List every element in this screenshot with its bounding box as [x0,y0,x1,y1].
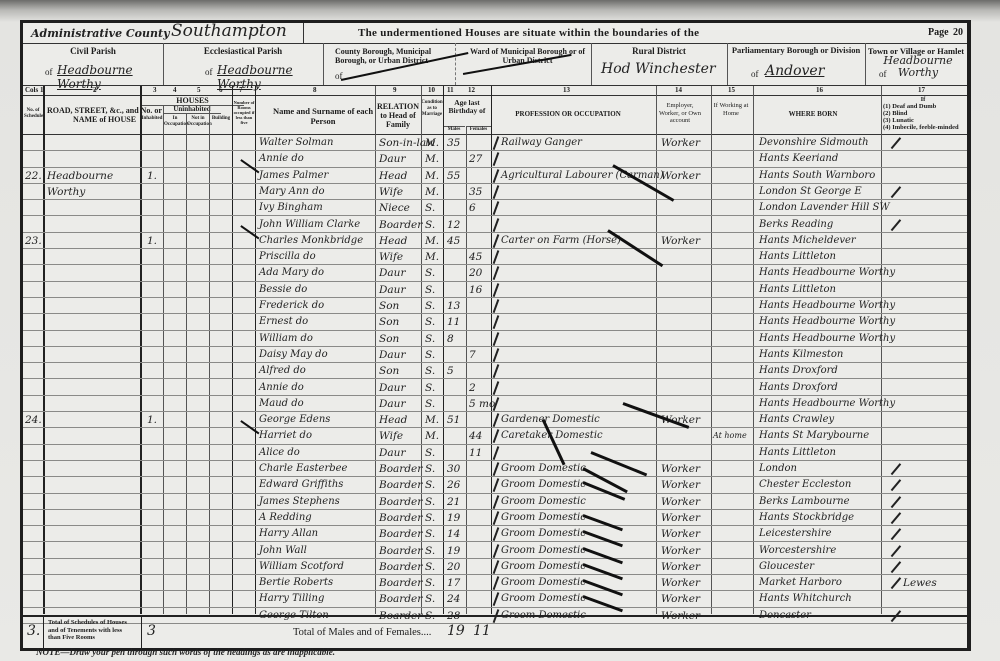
cell-male-age [447,380,465,396]
cell-name: Edward Griffiths [259,477,375,493]
cell-employment [661,380,709,396]
cell-inhabited [147,331,161,347]
table-row: 22.Headbourne1.James PalmerHeadM.55Agric… [23,168,967,184]
cell-relation: Daur [379,396,421,412]
cell-name: Harry Tilling [259,591,375,607]
table-row: Harriet doWifeM.44Caretaker DomesticAt h… [23,428,967,444]
cell-address [47,477,139,493]
col-num: 10 [428,86,435,95]
cell-male-age: 21 [447,494,465,510]
col-num: 7 [239,86,243,95]
cell-male-age: 51 [447,412,465,428]
rural-district-box: Rural District Hod Winchester [591,43,728,85]
cell-relation: Daur [379,380,421,396]
cell-infirmity [903,233,963,249]
cell-at-home [713,510,753,526]
cell-relation: Head [379,412,421,428]
cell-female-age [469,477,491,493]
table-row: James StephensBoarderS.21Groom DomesticW… [23,494,967,510]
cell-born: Hants Whitchurch [759,591,879,607]
cell-relation: Son-in-law [379,135,421,151]
cell-born: London [759,461,879,477]
cell-name: Bessie do [259,282,375,298]
cell-condition: S. [425,380,443,396]
cell-inhabited [147,575,161,591]
cell-at-home [713,526,753,542]
cell-occupation [501,265,655,281]
cell-name: Alfred do [259,363,375,379]
cell-relation: Son [379,331,421,347]
cell-occupation: Groom Domestic [501,494,655,510]
table-row: Annie doDaurS.2Hants Droxford [23,380,967,396]
cell-address [47,526,139,542]
cell-male-age: 5 [447,363,465,379]
cell-born: Hants Droxford [759,380,879,396]
cell-relation: Son [379,363,421,379]
table-row: Ernest doSonS.11Hants Headbourne Worthy [23,314,967,330]
cell-schedule [25,510,43,526]
col-num: 4 [173,86,177,95]
table-row: John William ClarkeBoarderS.12Berks Read… [23,217,967,233]
table-row: Frederick doSonS.13Hants Headbourne Wort… [23,298,967,314]
cell-occupation: Gardener Domestic [501,412,655,428]
table-row: 24.1.George EdensHeadM.51Gardener Domest… [23,412,967,428]
cell-schedule [25,249,43,265]
cell-schedule: 24. [25,412,43,428]
cell-address [47,347,139,363]
infirmity-option: (1) Deaf and Dumb [883,103,963,110]
col-num: 13 [563,86,570,95]
cell-condition: M. [425,249,443,265]
cell-name: Annie do [259,380,375,396]
cell-address [47,428,139,444]
tick-mark [493,185,499,199]
cell-name: Annie do [259,151,375,167]
col-num: 16 [816,86,823,95]
col-header-rooms: Number of Rooms occupied if less than fi… [233,100,255,125]
cell-relation: Boarder [379,217,421,233]
cell-infirmity [903,591,963,607]
tick-mark [493,560,499,574]
cell-female-age: 35 [469,184,491,200]
cell-inhabited [147,298,161,314]
cell-condition: M. [425,233,443,249]
cell-relation: Wife [379,184,421,200]
cell-occupation: Groom Domestic [501,526,655,542]
cell-at-home: At home [713,428,753,444]
cell-at-home [713,265,753,281]
tick-mark [493,315,499,329]
tick-mark [493,348,499,362]
parl-borough-label: Parliamentary Borough or Division [727,46,865,55]
cell-inhabited [147,461,161,477]
cell-at-home [713,151,753,167]
cell-born: Hants Headbourne Worthy [759,298,879,314]
cell-at-home [713,575,753,591]
column-header-row: No. of Schedule ROAD, STREET, &c., and N… [23,96,967,135]
cell-male-age [447,200,465,216]
col-header-condition: Condition as to Marriage [421,100,443,118]
cell-schedule [25,526,43,542]
table-row: Ivy BinghamNieceS.6London Lavender Hill … [23,200,967,216]
table-row: Charle EasterbeeBoarderS.30Groom Domesti… [23,461,967,477]
col-num: 15 [728,86,735,95]
cell-female-age [469,217,491,233]
cell-name: Charles Monkbridge [259,233,375,249]
cell-occupation [501,200,655,216]
table-row: Bessie doDaurS.16Hants Littleton [23,282,967,298]
tick-mark [493,381,499,395]
tick-mark [493,462,499,476]
cell-occupation [501,380,655,396]
col-num: 6 [219,86,223,95]
cell-relation: Wife [379,428,421,444]
cell-name: William do [259,331,375,347]
cell-at-home [713,543,753,559]
cell-occupation [501,445,655,461]
cell-schedule: 22. [25,168,43,184]
tick-mark [493,446,499,460]
tick-mark [493,544,499,558]
cell-born: Chester Eccleston [759,477,879,493]
cell-inhabited [147,363,161,379]
cell-schedule [25,200,43,216]
cell-female-age: 11 [469,445,491,461]
cell-name: John Wall [259,543,375,559]
cell-name: Bertie Roberts [259,575,375,591]
town-value: Headbourne Worthy [869,55,967,79]
column-number-row: Cols 1 2 3 4 5 6 7 8 9 10 11 12 13 14 15… [23,86,967,96]
cell-condition: S. [425,298,443,314]
cell-condition: S. [425,477,443,493]
cell-at-home [713,331,753,347]
table-row: William doSonS.8Hants Headbourne Worthy [23,331,967,347]
cell-employment [661,347,709,363]
cell-male-age [447,184,465,200]
cell-male-age [447,396,465,412]
cell-employment [661,217,709,233]
cell-born: Hants Kilmeston [759,347,879,363]
cell-inhabited [147,151,161,167]
cell-male-age: 14 [447,526,465,542]
cell-name: Priscilla do [259,249,375,265]
cell-relation: Boarder [379,477,421,493]
cell-inhabited [147,347,161,363]
cell-inhabited: 1. [147,168,161,184]
cell-infirmity [903,298,963,314]
cell-condition: S. [425,200,443,216]
cell-schedule: 23. [25,233,43,249]
cell-relation: Head [379,233,421,249]
table-row: WorthyMary Ann doWifeM.35London St Georg… [23,184,967,200]
cell-born: Hants Littleton [759,282,879,298]
parl-borough-value: Andover [765,63,824,79]
col-num: 11 [447,86,454,95]
cell-schedule [25,331,43,347]
cell-schedule [25,135,43,151]
region-header: Civil Parish of Headbourne Worthy Eccles… [23,43,967,86]
table-row: Annie doDaurM.27Hants Keeriand [23,151,967,167]
col-header-uninhabited: Uninhabited [163,105,221,114]
cell-condition: S. [425,265,443,281]
cell-schedule [25,477,43,493]
cell-male-age [447,445,465,461]
cell-name: Alice do [259,445,375,461]
cell-female-age [469,412,491,428]
col-num: 12 [468,86,475,95]
cell-inhabited [147,494,161,510]
cell-name: Daisy May do [259,347,375,363]
cell-born: Hants South Warnboro [759,168,879,184]
tick-mark [493,332,499,346]
cell-address [47,591,139,607]
table-row: Harry TillingBoarderS.24Groom DomesticWo… [23,591,967,607]
tick-mark [493,511,499,525]
cell-schedule [25,396,43,412]
cell-infirmity [903,412,963,428]
cell-condition: M. [425,412,443,428]
cell-male-age [447,282,465,298]
cell-born: Gloucester [759,559,879,575]
cell-employment: Worker [661,510,709,526]
eccl-parish-label: Ecclesiastical Parish [163,46,323,56]
cell-inhabited [147,380,161,396]
col-header-relation: RELATION to Head of Family [375,102,421,129]
col-header-females: Females [466,126,491,133]
eccl-parish-box: Ecclesiastical Parish of Headbourne Wort… [163,43,324,85]
cell-name: Ada Mary do [259,265,375,281]
cell-occupation: Groom Domestic [501,575,655,591]
tick-mark [493,267,499,281]
cell-at-home [713,347,753,363]
cell-address [47,233,139,249]
cell-employment [661,265,709,281]
cell-employment: Worker [661,559,709,575]
header-banner: The undermentioned Houses are situate wi… [358,27,699,39]
cell-occupation [501,363,655,379]
cell-schedule [25,151,43,167]
cell-name: Charle Easterbee [259,461,375,477]
cell-occupation: Caretaker Domestic [501,428,655,444]
cell-relation: Boarder [379,494,421,510]
tick-mark [493,527,499,541]
cell-schedule [25,363,43,379]
cell-inhabited [147,510,161,526]
tick-mark [493,299,499,313]
cell-infirmity [903,200,963,216]
cell-inhabited [147,591,161,607]
cell-address [47,200,139,216]
cell-schedule [25,184,43,200]
col-header-inhabited: Inhabited [141,116,163,122]
cell-born: London Lavender Hill SW [759,200,879,216]
cell-male-age: 11 [447,314,465,330]
cell-employment: Worker [661,461,709,477]
cell-employment [661,396,709,412]
cell-born: Hants Littleton [759,249,879,265]
cell-relation: Boarder [379,461,421,477]
table-row: Alfred doSonS.5Hants Droxford [23,363,967,379]
cell-inhabited [147,314,161,330]
tick-mark [493,250,499,264]
cell-infirmity [903,428,963,444]
cell-employment [661,363,709,379]
cell-infirmity [903,217,963,233]
cell-at-home [713,559,753,575]
cell-relation: Boarder [379,559,421,575]
cell-relation: Daur [379,347,421,363]
cell-name: Harry Allan [259,526,375,542]
males-total: 19 [447,623,465,639]
table-row: Daisy May doDaurS.7Hants Kilmeston [23,347,967,363]
cell-name: George Edens [259,412,375,428]
cell-address [47,380,139,396]
cell-employment: Worker [661,591,709,607]
col-num: 8 [313,86,317,95]
table-row: Edward GriffithsBoarderS.26Groom Domesti… [23,477,967,493]
cell-born: Hants Headbourne Worthy [759,314,879,330]
cell-schedule [25,282,43,298]
admin-county-value: Southampton [171,21,287,41]
cell-name: Ernest do [259,314,375,330]
cell-address [47,282,139,298]
cell-employment: Worker [661,477,709,493]
cell-male-age: 45 [447,233,465,249]
cell-inhabited: 1. [147,412,161,428]
cell-occupation [501,314,655,330]
cell-condition: M. [425,135,443,151]
cell-employment: Worker [661,233,709,249]
cell-schedule [25,428,43,444]
cell-infirmity [903,282,963,298]
cell-infirmity [903,265,963,281]
cell-condition: M. [425,184,443,200]
cell-born: Hants Headbourne Worthy [759,331,879,347]
cell-condition: S. [425,331,443,347]
cell-infirmity [903,331,963,347]
census-rows: Walter SolmanSon-in-lawM.35Railway Gange… [23,135,967,614]
cell-occupation [501,217,655,233]
cell-address [47,575,139,591]
admin-county-label: Administrative County [31,27,169,40]
cell-employment [661,282,709,298]
cell-schedule [25,445,43,461]
cell-male-age [447,347,465,363]
cell-infirmity [903,510,963,526]
cell-female-age [469,233,491,249]
cell-inhabited [147,249,161,265]
cell-female-age: 7 [469,347,491,363]
cell-male-age: 19 [447,543,465,559]
cell-infirmity [903,347,963,363]
cell-inhabited: 1. [147,233,161,249]
table-row: Ada Mary doDaurS.20Hants Headbourne Wort… [23,265,967,281]
page-number: 20 [953,27,963,38]
cell-female-age [469,135,491,151]
cell-born: Worcestershire [759,543,879,559]
cell-inhabited [147,265,161,281]
cell-schedule [25,559,43,575]
table-row: Bertie RobertsBoarderS.17Groom DomesticW… [23,575,967,591]
cell-condition: S. [425,217,443,233]
cell-female-age [469,494,491,510]
cell-at-home [713,200,753,216]
cell-occupation [501,151,655,167]
cell-female-age [469,314,491,330]
cell-condition: S. [425,591,443,607]
cell-born: Hants Droxford [759,363,879,379]
cell-occupation [501,298,655,314]
cell-male-age [447,265,465,281]
col-num: 3 [153,86,157,95]
tick-mark [493,234,499,248]
cell-female-age [469,559,491,575]
cell-condition: S. [425,543,443,559]
table-row: Alice doDaurS.11Hants Littleton [23,445,967,461]
col-num: 17 [918,86,925,95]
census-page: Administrative County Southampton The un… [0,0,1000,661]
cell-male-age: 26 [447,477,465,493]
cell-name: James Palmer [259,168,375,184]
cell-born: Hants Micheldever [759,233,879,249]
cell-condition: M. [425,151,443,167]
cell-male-age [447,249,465,265]
table-row: Priscilla doWifeM.45Hants Littleton [23,249,967,265]
cell-occupation: Groom Domestic [501,543,655,559]
tick-mark [493,283,499,297]
cell-born: Hants Keeriand [759,151,879,167]
town-box: Town or Village or Hamlet of Headbourne … [865,43,967,85]
cell-female-age: 5 mo [469,396,491,412]
tick-mark [493,152,499,166]
col-header-not-in-occupation: Not in Occupation [187,116,209,128]
cell-female-age: 45 [469,249,491,265]
cell-male-age: 24 [447,591,465,607]
cell-inhabited [147,559,161,575]
cell-female-age: 20 [469,265,491,281]
cell-occupation: Groom Domestic [501,591,655,607]
totals-label: Total of Males and of Females.... [293,627,431,638]
cell-condition: S. [425,445,443,461]
col-header-at-home: If Working at Home [713,102,749,117]
tick-mark [493,478,499,492]
cell-male-age [447,151,465,167]
cell-condition: S. [425,559,443,575]
cell-born: Berks Lambourne [759,494,879,510]
cell-employment [661,314,709,330]
cell-born: Hants Crawley [759,412,879,428]
cell-name: A Redding [259,510,375,526]
cell-relation: Head [379,168,421,184]
col-num: 14 [675,86,682,95]
cell-at-home [713,135,753,151]
cell-employment [661,249,709,265]
cell-relation: Son [379,314,421,330]
schedules-total: 3. [27,623,40,639]
cell-schedule [25,543,43,559]
cell-female-age [469,298,491,314]
cell-at-home [713,282,753,298]
cell-name: James Stephens [259,494,375,510]
table-row: Harry AllanBoarderS.14Groom DomesticWork… [23,526,967,542]
col-header-name: Name and Surname of each Person [268,106,378,126]
cell-infirmity [903,184,963,200]
cell-infirmity [903,526,963,542]
parl-borough-box: Parliamentary Borough or Division of And… [727,43,866,85]
cell-occupation [501,331,655,347]
cell-infirmity [903,168,963,184]
cell-condition: S. [425,314,443,330]
